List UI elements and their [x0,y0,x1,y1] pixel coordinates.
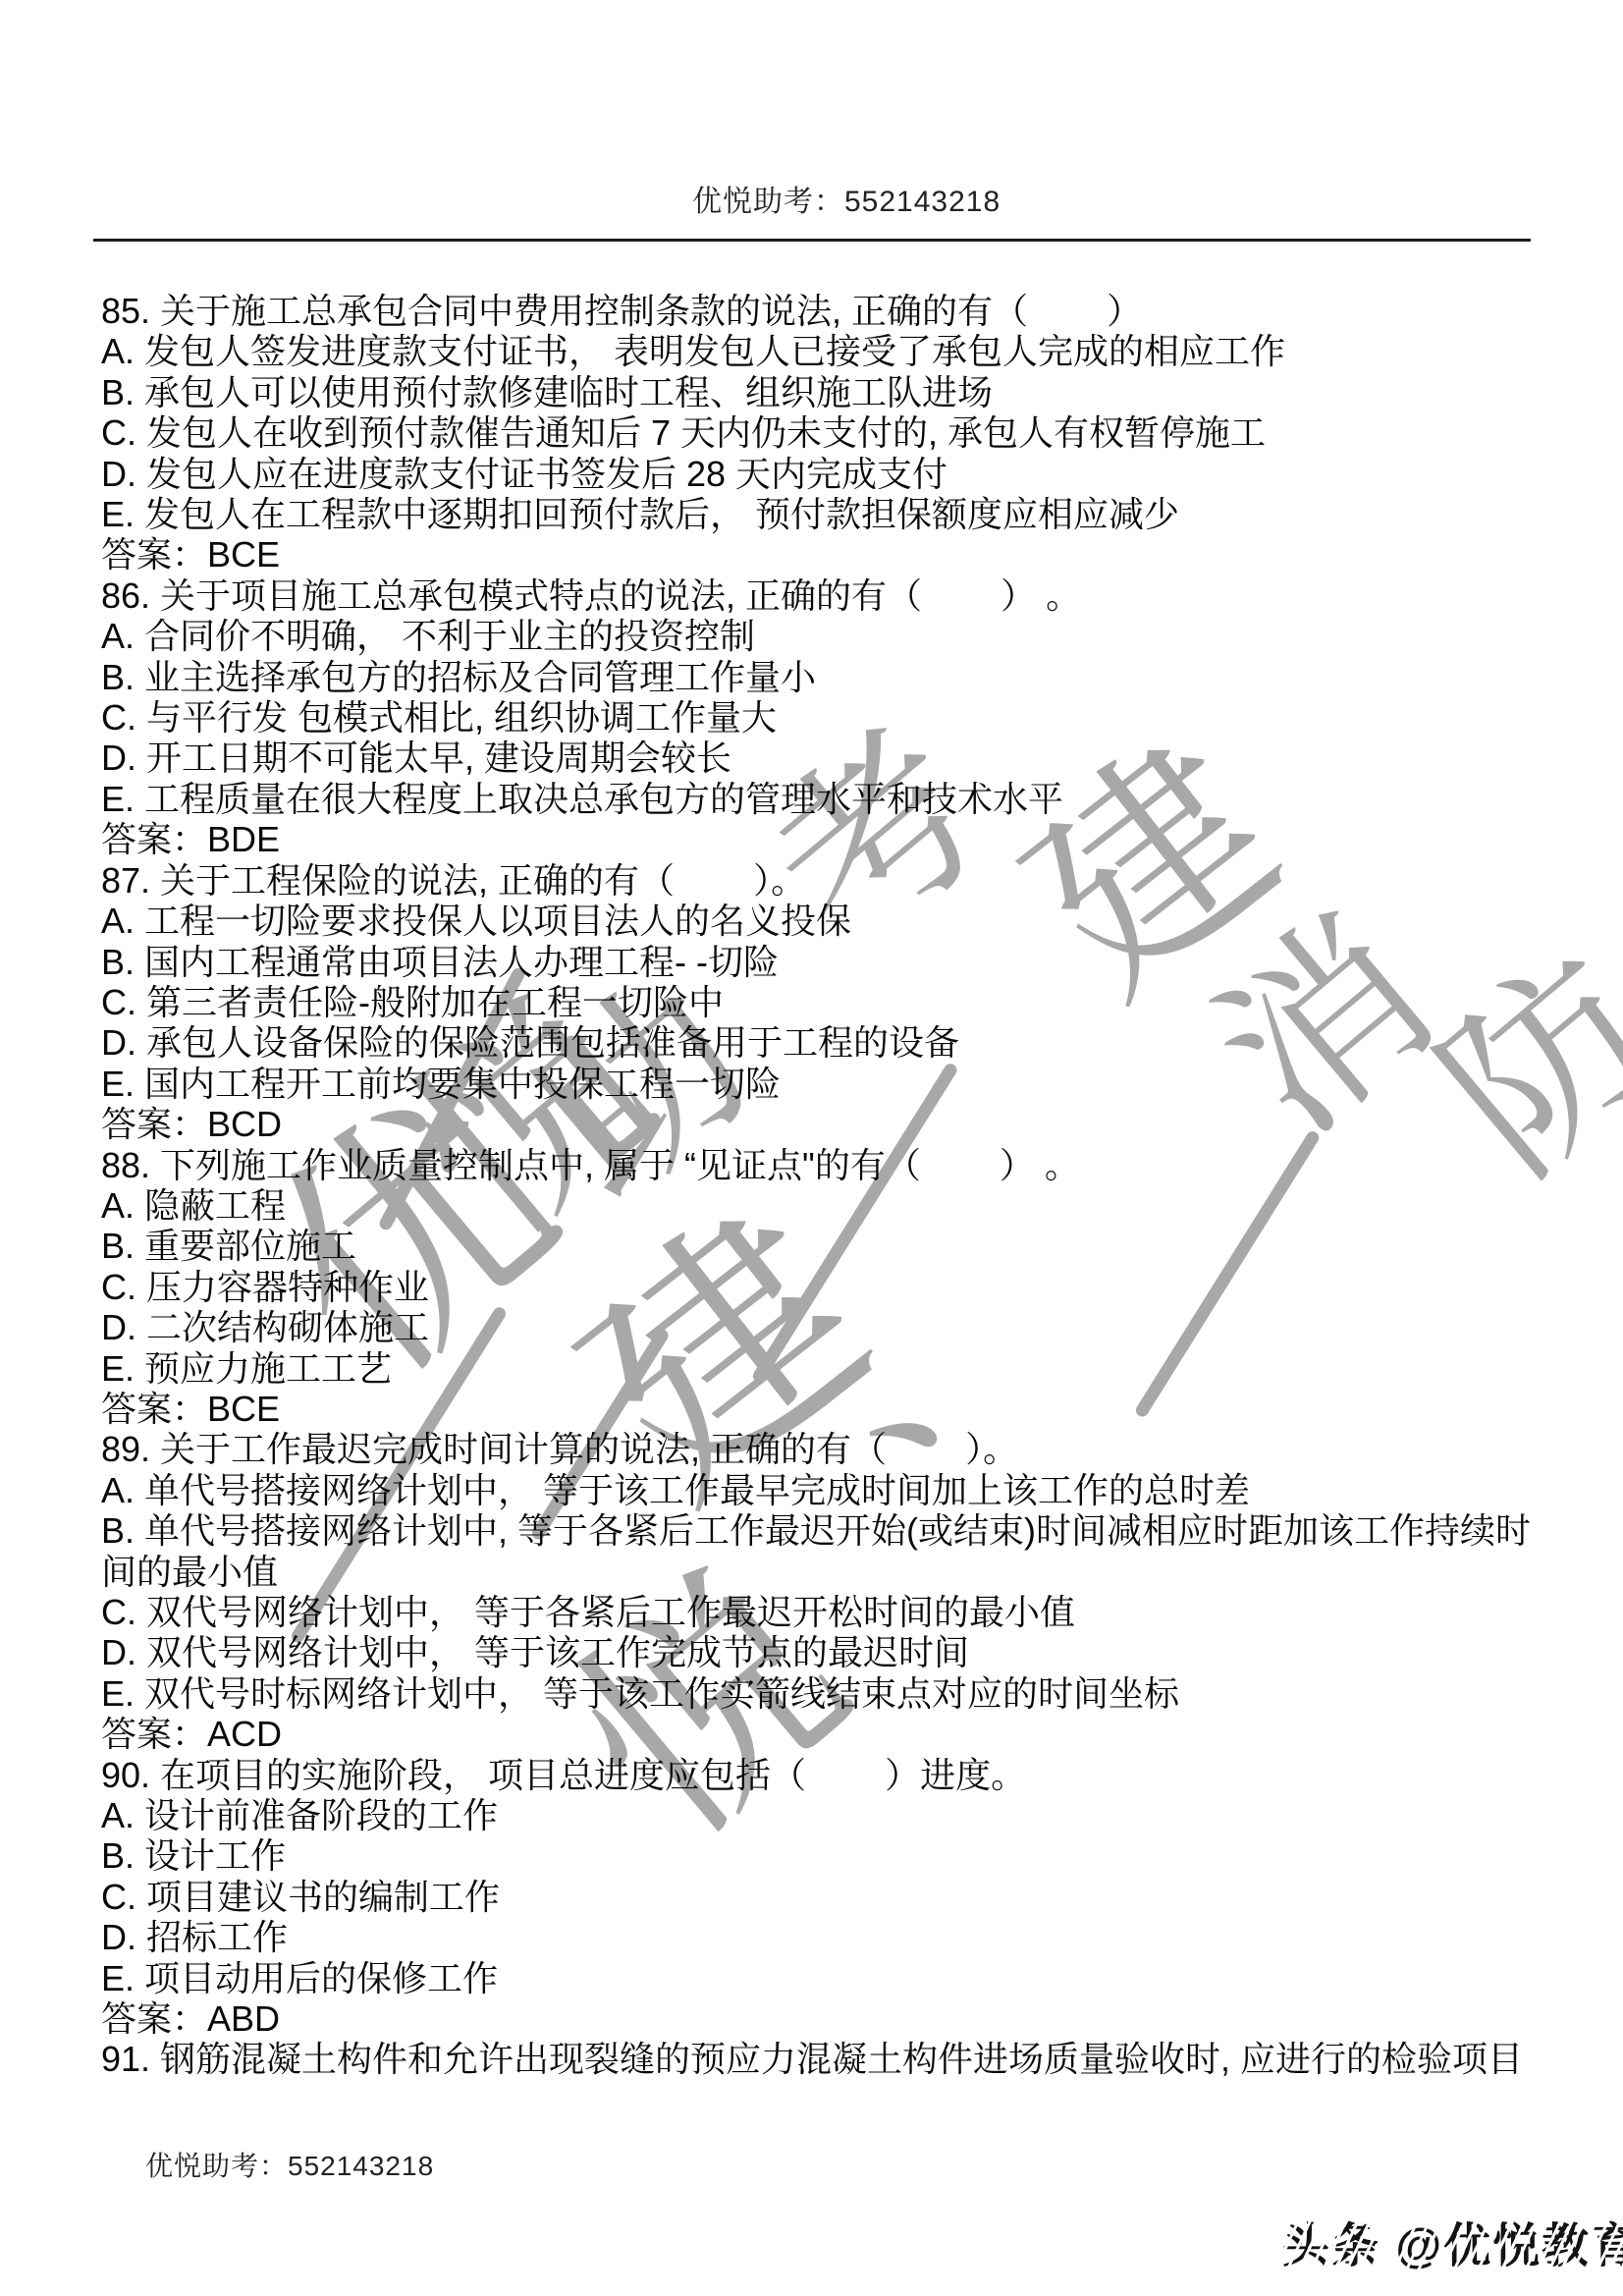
question-block: 89. 关于工作最迟完成时间计算的说法, 正确的有（ ）。A. 单代号搭接网络计… [101,1429,1537,1754]
question-option: C. 项目建议书的编制工作 [101,1877,1537,1917]
question-option: C. 压力容器特种作业 [101,1267,1537,1307]
question-option: A. 发包人签发进度款支付证书， 表明发包人已接受了承包人完成的相应工作 [101,331,1537,371]
question-answer: 答案：BCE [101,1389,1537,1429]
page-footer: 优悦助考：552143218 [145,2145,434,2184]
question-option: C. 与平行发 包模式相比, 组织协调工作量大 [101,697,1537,738]
question-stem: 90. 在项目的实施阶段， 项目总进度应包括（ ）进度。 [101,1755,1537,1795]
question-block: 90. 在项目的实施阶段， 项目总进度应包括（ ）进度。A. 设计前准备阶段的工… [101,1755,1537,2040]
question-option: D. 双代号网络计划中， 等于该工作完成节点的最迟时间 [101,1632,1537,1672]
question-option: B. 国内工程通常由项目法人办理工程- -切险 [101,942,1537,982]
document-page: 优悦助考建消防建、悦 优悦助考：552143218 85. 关于施工总承包合同中… [0,0,1623,2296]
question-option: E. 发包人在工程款中逐期扣回预付款后， 预付款担保额度应相应减少 [101,494,1537,534]
question-option: D. 承包人设备保险的保险范围包括准备用于工程的设备 [101,1022,1537,1063]
question-stem: 87. 关于工程保险的说法, 正确的有（ ）。 [101,860,1537,901]
question-option: E. 国内工程开工前均要集中投保工程一切险 [101,1064,1537,1104]
question-option: D. 发包人应在进度款支付证书签发后 28 天内完成支付 [101,454,1537,494]
question-option: C. 发包人在收到预付款催告通知后 7 天内仍未支付的, 承包人有权暂停施工 [101,412,1537,453]
header-divider [93,239,1531,242]
question-answer: 答案：ABD [101,1998,1537,2039]
question-stem: 88. 下列施工作业质量控制点中, 属于 “见证点"的有（ ） 。 [101,1145,1537,1185]
question-option: B. 业主选择承包方的招标及合同管理工作量小 [101,657,1537,697]
question-option: B. 重要部位施工 [101,1226,1537,1266]
question-answer: 答案：BDE [101,819,1537,859]
question-block: 85. 关于施工总承包合同中费用控制条款的说法, 正确的有（ ）A. 发包人签发… [101,291,1537,575]
question-option: A. 工程一切险要求投保人以项目法人的名义投保 [101,901,1537,941]
question-answer: 答案：ACD [101,1714,1537,1754]
page-header: 优悦助考：552143218 [692,177,1001,220]
question-option: E. 双代号时标网络计划中， 等于该工作实箭线结束点对应的时间坐标 [101,1673,1537,1714]
question-option: D. 开工日期不可能太早, 建设周期会较长 [101,738,1537,778]
question-option: A. 设计前准备阶段的工作 [101,1795,1537,1835]
question-option: A. 单代号搭接网络计划中， 等于该工作最早完成时间加上该工作的总时差 [101,1470,1537,1510]
question-option: D. 二次结构砌体施工 [101,1307,1537,1347]
questions: 85. 关于施工总承包合同中费用控制条款的说法, 正确的有（ ）A. 发包人签发… [101,291,1537,2080]
question-block: 87. 关于工程保险的说法, 正确的有（ ）。A. 工程一切险要求投保人以项目法… [101,860,1537,1145]
question-option: E. 工程质量在很大程度上取决总承包方的管理水平和技术水平 [101,779,1537,819]
question-option: E. 项目动用后的保修工作 [101,1958,1537,1998]
question-stem: 91. 钢筋混凝土构件和允许出现裂缝的预应力混凝土构件进场质量验收时, 应进行的… [101,2039,1537,2079]
question-block: 91. 钢筋混凝土构件和允许出现裂缝的预应力混凝土构件进场质量验收时, 应进行的… [101,2039,1537,2079]
question-option: C. 第三者责任险-般附加在工程一切险中 [101,982,1537,1022]
question-stem: 85. 关于施工总承包合同中费用控制条款的说法, 正确的有（ ） [101,291,1537,331]
question-option: D. 招标工作 [101,1917,1537,1957]
question-block: 88. 下列施工作业质量控制点中, 属于 “见证点"的有（ ） 。A. 隐蔽工程… [101,1145,1537,1430]
toutiao-watermark: 头条 @优悦教育 [1282,2208,1623,2275]
question-option: A. 合同价不明确， 不利于业主的投资控制 [101,616,1537,656]
question-option: A. 隐蔽工程 [101,1185,1537,1226]
question-answer: 答案：BCD [101,1104,1537,1144]
question-option: B. 设计工作 [101,1835,1537,1876]
question-stem: 86. 关于项目施工总承包模式特点的说法, 正确的有（ ） 。 [101,575,1537,616]
question-option: C. 双代号网络计划中， 等于各紧后工作最迟开松时间的最小值 [101,1592,1537,1632]
question-stem: 89. 关于工作最迟完成时间计算的说法, 正确的有（ ）。 [101,1429,1537,1469]
question-option: B. 承包人可以使用预付款修建临时工程、组织施工队进场 [101,372,1537,412]
question-block: 86. 关于项目施工总承包模式特点的说法, 正确的有（ ） 。A. 合同价不明确… [101,575,1537,860]
question-answer: 答案：BCE [101,534,1537,574]
question-option: B. 单代号搭接网络计划中, 等于各紧后工作最迟开始(或结束)时间减相应时距加该… [101,1510,1537,1592]
question-option: E. 预应力施工工艺 [101,1348,1537,1389]
